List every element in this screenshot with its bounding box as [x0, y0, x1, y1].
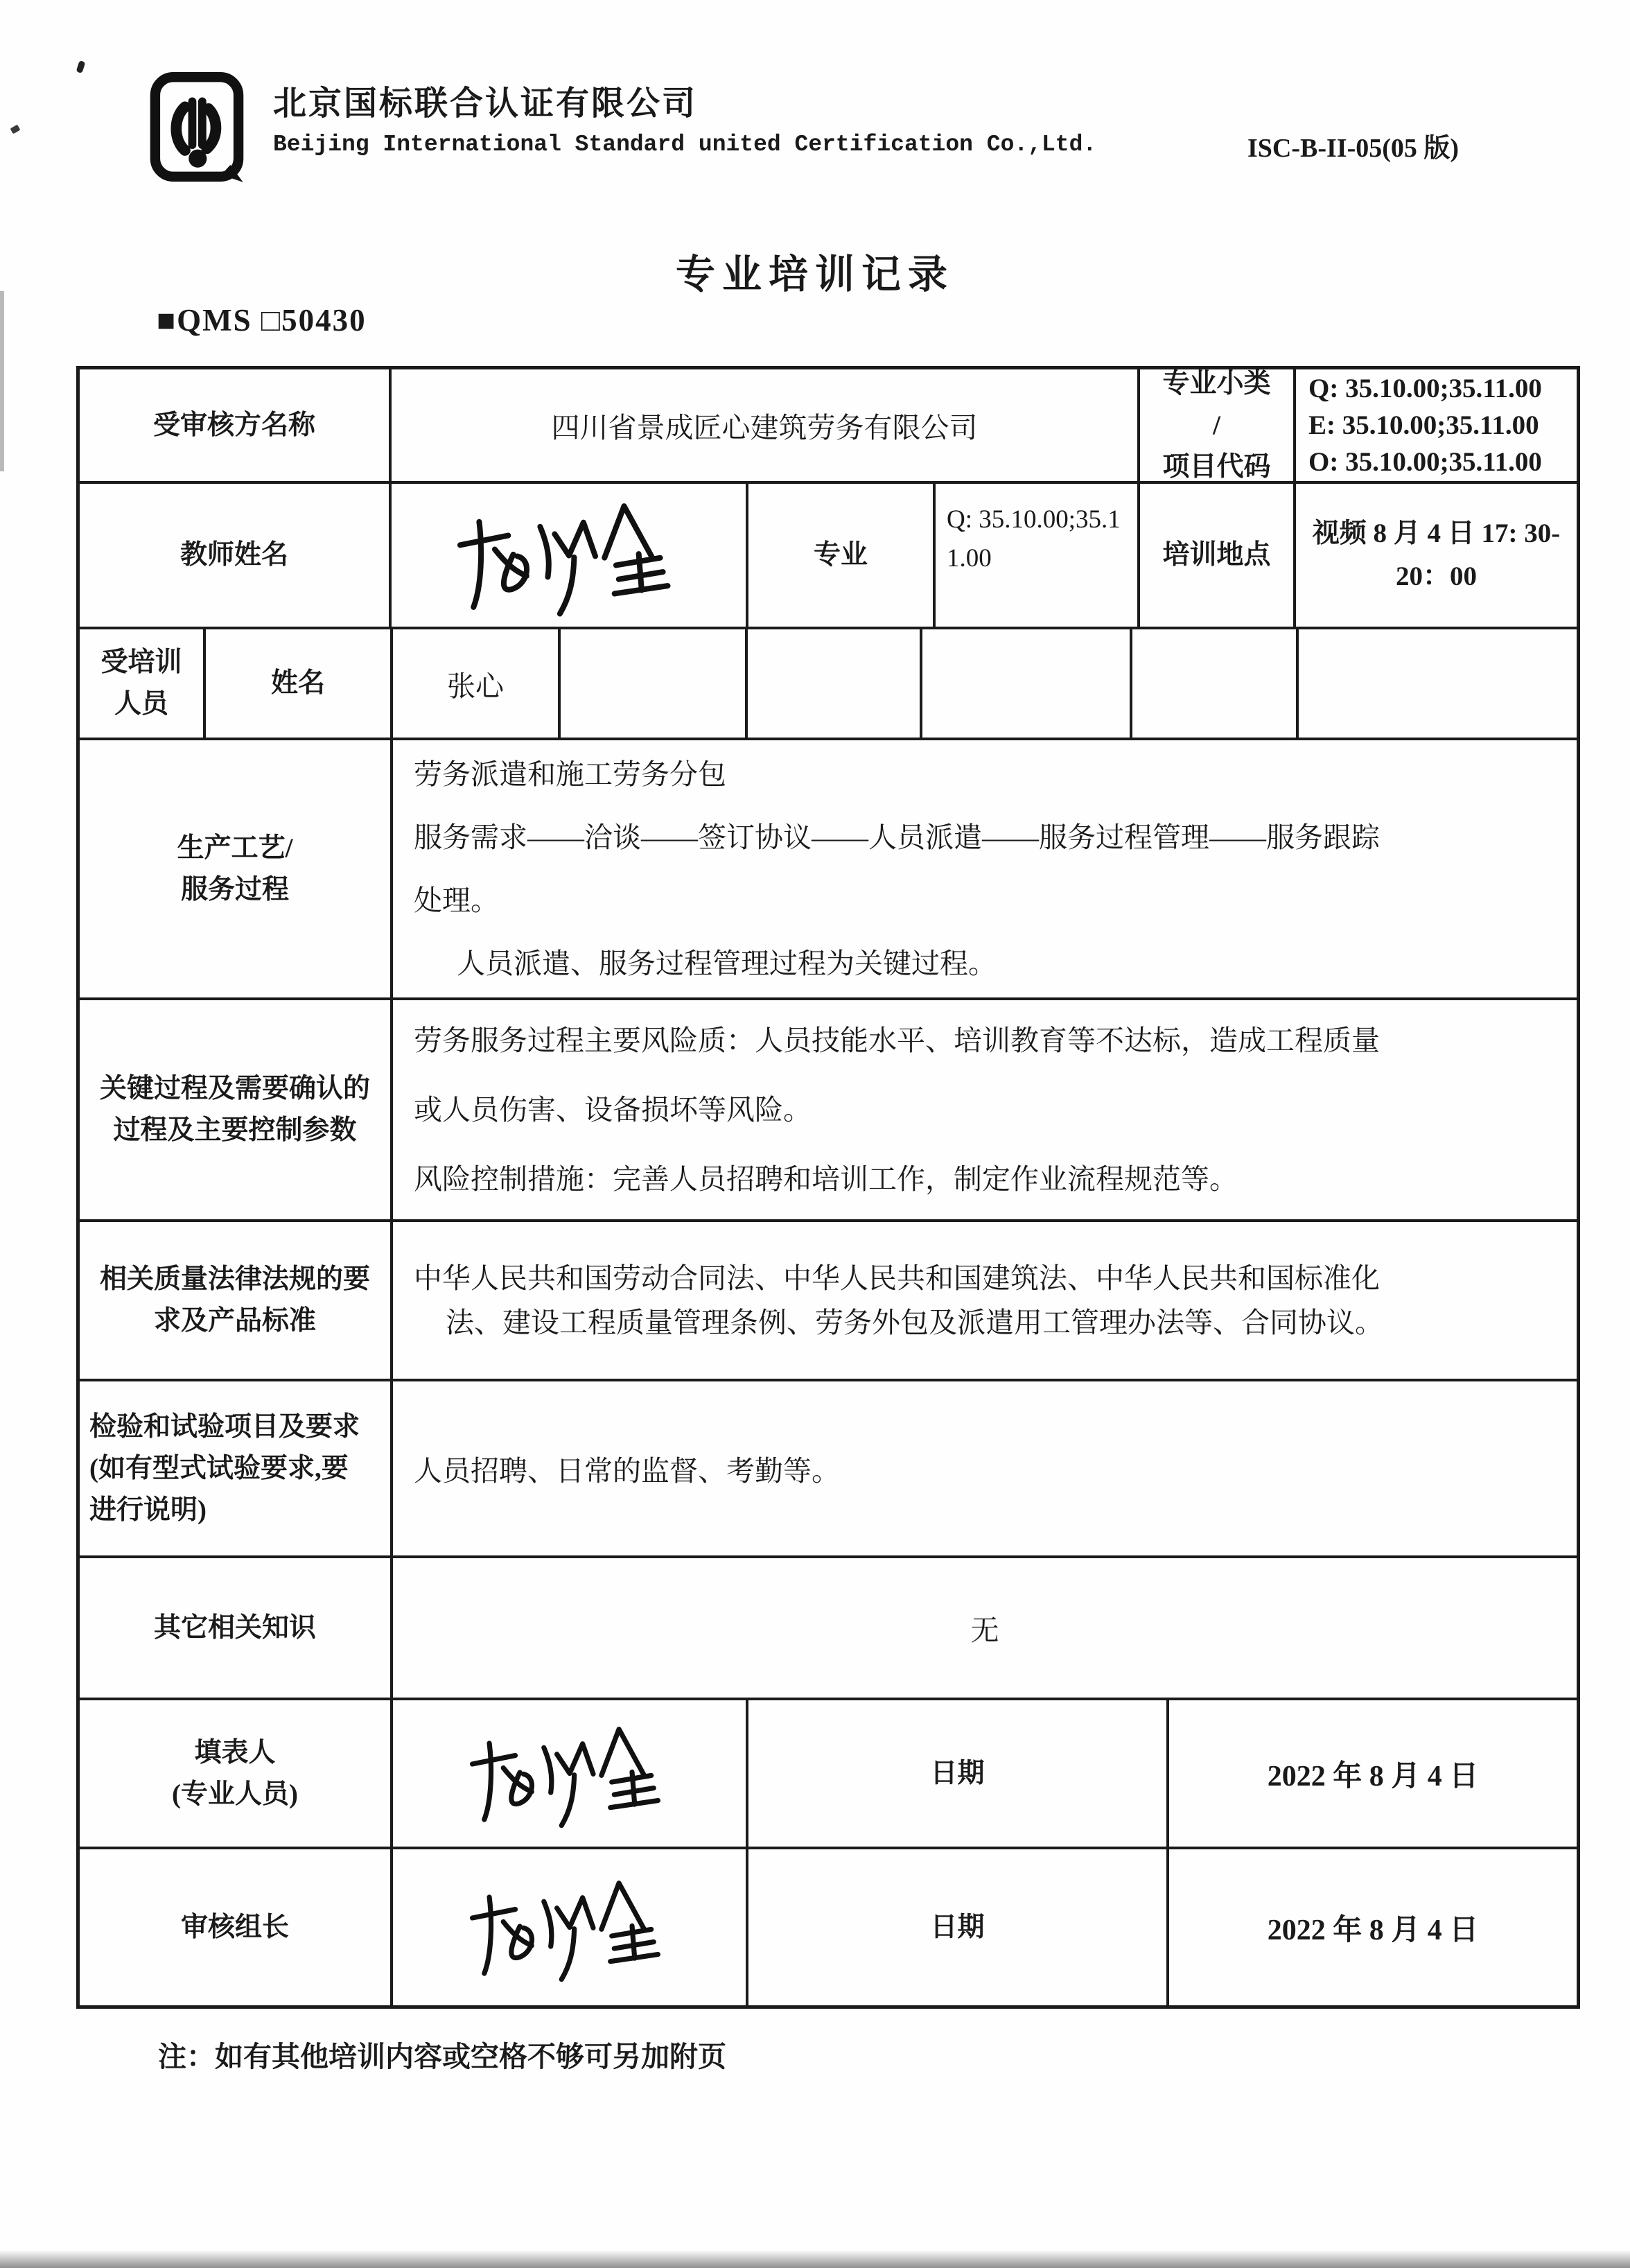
- teacher-signature-cell: [392, 484, 748, 627]
- trainee-name-value: 张心: [393, 629, 561, 738]
- training-location-label: 培训地点: [1140, 484, 1296, 627]
- trainee-group-label: 受培训 人员: [80, 629, 206, 738]
- audit-leader-signature-cell: [393, 1849, 748, 2005]
- production-process-content: 劳务派遣和施工劳务分包 服务需求——洽谈——签订协议——人员派遣——服务过程管理…: [393, 740, 1577, 997]
- training-record-table: 受审核方名称 四川省景成匠心建筑劳务有限公司 专业小类 / 项目代码 Q: 35…: [76, 366, 1580, 2009]
- filler-row: 填表人 (专业人员) 日期: [80, 1700, 1577, 1849]
- audit-leader-date-label: 日期: [748, 1849, 1169, 2005]
- category-code-values: Q: 35.10.00;35.11.00 E: 35.10.00;35.11.0…: [1296, 369, 1577, 481]
- document-code: ISC-B-II-05(05 版): [1247, 126, 1459, 164]
- trainee-name-empty-cell: [1299, 629, 1577, 738]
- company-name-cn: 北京国标联合认证有限公司: [273, 76, 697, 124]
- certification-logo-icon: [136, 71, 258, 183]
- audit-leader-label: 审核组长: [80, 1849, 393, 2005]
- key-process-row: 关键过程及需要确认的 过程及主要控制参数 劳务服务过程主要风险质：人员技能水平、…: [80, 1000, 1577, 1222]
- regulations-content: 中华人民共和国劳动合同法、中华人民共和国建筑法、中华人民共和国标准化 法、建设工…: [393, 1222, 1577, 1379]
- inspection-content: 人员招聘、日常的监督、考勤等。: [393, 1381, 1577, 1555]
- other-knowledge-label: 其它相关知识: [80, 1558, 393, 1698]
- teacher-row: 教师姓名 专业 Q: 35.10.00;35.1: [80, 484, 1577, 629]
- auditee-label: 受审核方名称: [80, 369, 392, 481]
- handwritten-signature: [462, 1865, 676, 1989]
- production-process-label: 生产工艺/ 服务过程: [80, 740, 393, 997]
- audit-leader-row: 审核组长 日期 2022 年 8 月 4 日: [80, 1849, 1577, 2005]
- scheme-checkboxes: ■QMS □50430: [157, 302, 367, 338]
- other-knowledge-content: 无: [393, 1558, 1577, 1698]
- teacher-name-label: 教师姓名: [80, 484, 392, 627]
- trainee-name-empty-cell: [561, 629, 748, 738]
- auditee-value: 四川省景成匠心建筑劳务有限公司: [392, 369, 1140, 481]
- filler-date-label: 日期: [748, 1700, 1169, 1847]
- auditee-row: 受审核方名称 四川省景成匠心建筑劳务有限公司 专业小类 / 项目代码 Q: 35…: [80, 369, 1577, 484]
- other-knowledge-row: 其它相关知识 无: [80, 1558, 1577, 1700]
- trainee-name-empty-cell: [748, 629, 922, 738]
- production-process-row: 生产工艺/ 服务过程 劳务派遣和施工劳务分包 服务需求——洽谈——签订协议——人…: [80, 740, 1577, 1000]
- scanned-training-record-page: 北京国标联合认证有限公司 Beijing International Stand…: [0, 0, 1630, 2268]
- inspection-row: 检验和试验项目及要求 (如有型式试验要求,要 进行说明) 人员招聘、日常的监督、…: [80, 1381, 1577, 1558]
- trainee-name-label: 姓名: [206, 629, 393, 738]
- page-title: 专业培训记录: [0, 243, 1630, 299]
- scan-artifact: [10, 125, 21, 134]
- regulations-label: 相关质量法律法规的要 求及产品标准: [80, 1222, 393, 1379]
- training-location-value: 视频 8 月 4 日 17: 30-20：00: [1296, 484, 1577, 627]
- category-code-label: 专业小类 / 项目代码: [1140, 369, 1296, 481]
- major-value: Q: 35.10.00;35.11.00: [936, 484, 1140, 627]
- trainee-row: 受培训 人员 姓名 张心: [80, 629, 1577, 740]
- footer-note: 注：如有其他培训内容或空格不够可另加附页: [158, 2034, 726, 2075]
- filler-date-value: 2022 年 8 月 4 日: [1169, 1700, 1577, 1847]
- handwritten-signature: [462, 1711, 676, 1835]
- filler-label: 填表人 (专业人员): [80, 1700, 393, 1847]
- handwritten-signature: [441, 488, 696, 622]
- key-process-label: 关键过程及需要确认的 过程及主要控制参数: [80, 1000, 393, 1219]
- trainee-name-empty-cell: [1132, 629, 1299, 738]
- scan-edge-shadow: [0, 291, 4, 471]
- scan-edge-shadow: [0, 2250, 1630, 2268]
- audit-leader-date-value: 2022 年 8 月 4 日: [1169, 1849, 1577, 2005]
- scan-artifact: [76, 60, 86, 73]
- major-label: 专业: [748, 484, 936, 627]
- trainee-name-empty-cell: [922, 629, 1132, 738]
- key-process-content: 劳务服务过程主要风险质：人员技能水平、培训教育等不达标，造成工程质量 或人员伤害…: [393, 1000, 1577, 1219]
- filler-signature-cell: [393, 1700, 748, 1847]
- inspection-label: 检验和试验项目及要求 (如有型式试验要求,要 进行说明): [80, 1381, 393, 1555]
- regulations-row: 相关质量法律法规的要 求及产品标准 中华人民共和国劳动合同法、中华人民共和国建筑…: [80, 1222, 1577, 1381]
- company-name-en: Beijing International Standard united Ce…: [273, 132, 1096, 157]
